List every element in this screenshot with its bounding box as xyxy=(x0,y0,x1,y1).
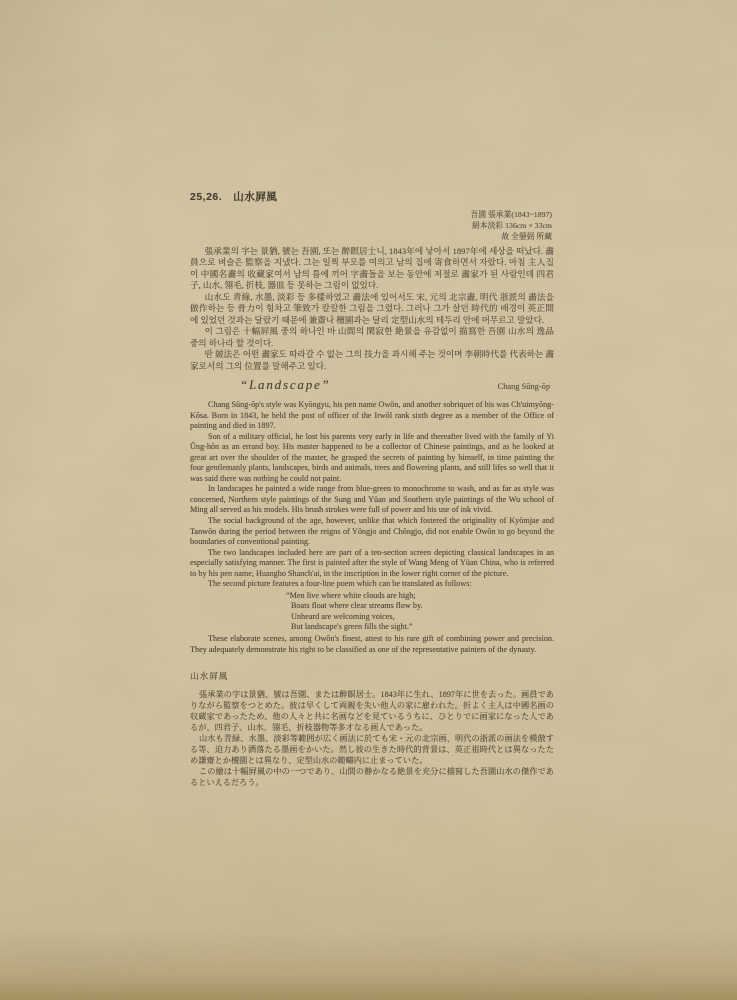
english-body: Chang Sŭng-ŏp's style was Kyŏngyu, his p… xyxy=(190,400,554,655)
artist-name-romanized: Chang Sŭng-ŏp xyxy=(498,381,550,392)
poem-line-3: Unheard are welcoming voices, xyxy=(286,612,554,623)
japanese-section: 山水屛風 張承業の字は景猶、號は吾園、または醉瞑居士。1843年に生れ、1897… xyxy=(190,671,554,788)
english-paragraph-2: Son of a military official, he lost his … xyxy=(190,432,554,485)
japanese-paragraph-1: 張承業の字は景猶、號は吾園、または醉瞑居士。1843年に生れ、1897年に世を去… xyxy=(190,689,554,733)
english-section-header: “Landscape” Chang Sŭng-ŏp xyxy=(190,377,554,392)
korean-description: 張承業의 字는 景猶, 號는 吾園, 또는 醉瞑居士니, 1843年에 낳아서 … xyxy=(190,246,554,372)
credit-collection-line: 故 全鎣弼 所藏 xyxy=(190,231,552,242)
poem-line-4: But landscape's green fills the sight.” xyxy=(286,622,554,633)
english-paragraph-4: The social background of the age, howeve… xyxy=(190,516,554,548)
english-paragraph-6: The second picture features a four-line … xyxy=(190,579,554,590)
credit-artist-line: 吾園 張承業(1843~1897) xyxy=(190,209,552,220)
poem-line-1: “Men live where white clouds are high; xyxy=(286,591,554,602)
translated-poem: “Men live where white clouds are high; B… xyxy=(286,591,554,633)
poem-line-2: Boats float where clear streams flow by. xyxy=(286,601,554,612)
page-content: 25,26. 山水屛風 吾園 張承業(1843~1897) 絹本淡彩 136cm… xyxy=(190,191,554,789)
korean-paragraph-4: 딴 皴法은 어떤 畵家도 따라갈 수 없는 그의 技力을 과시해 주는 것이며 … xyxy=(190,349,554,372)
catalog-number-title: 25,26. 山水屛風 xyxy=(190,191,554,204)
english-closing-paragraph: These elaborate scenes, among Owŏn's fin… xyxy=(190,634,554,655)
artwork-credit-block: 吾園 張承業(1843~1897) 絹本淡彩 136cm × 33cm 故 全鎣… xyxy=(190,209,554,242)
english-section: “Landscape” Chang Sŭng-ŏp Chang Sŭng-ŏp'… xyxy=(190,377,554,655)
english-paragraph-5: The two landscapes included here are par… xyxy=(190,548,554,580)
credit-medium-line: 絹本淡彩 136cm × 33cm xyxy=(190,220,552,231)
korean-paragraph-3: 이 그림은 十幅屛風 중의 하나인 바 山間의 閑寂한 絶景을 유감없이 描寫한… xyxy=(190,326,554,349)
korean-paragraph-1: 張承業의 字는 景猶, 號는 吾園, 또는 醉瞑居士니, 1843年에 낳아서 … xyxy=(190,246,554,292)
english-paragraph-1: Chang Sŭng-ŏp's style was Kyŏngyu, his p… xyxy=(190,400,554,432)
english-title: “Landscape” xyxy=(240,377,331,392)
korean-paragraph-2: 山水도 靑綠, 水墨, 淡彩 등 多樣하였고 畵法에 있어서도 宋, 元의 北宗… xyxy=(190,292,554,326)
japanese-paragraph-2: 山水も青緑、水墨、淡彩等範囲が広く画法に於ても宋・元の北宗画、明代の浙派の画法を… xyxy=(190,733,554,766)
english-paragraph-3: In landscapes he painted a wide range fr… xyxy=(190,484,554,516)
scanned-catalog-page: 25,26. 山水屛風 吾園 張承業(1843~1897) 絹本淡彩 136cm… xyxy=(0,0,737,1000)
japanese-header: 山水屛風 xyxy=(190,671,554,682)
japanese-paragraph-3: この繪は十幅屛風の中の一つであり、山間の静かなる絶景を充分に描寫した吾園山水の傑… xyxy=(190,766,554,788)
